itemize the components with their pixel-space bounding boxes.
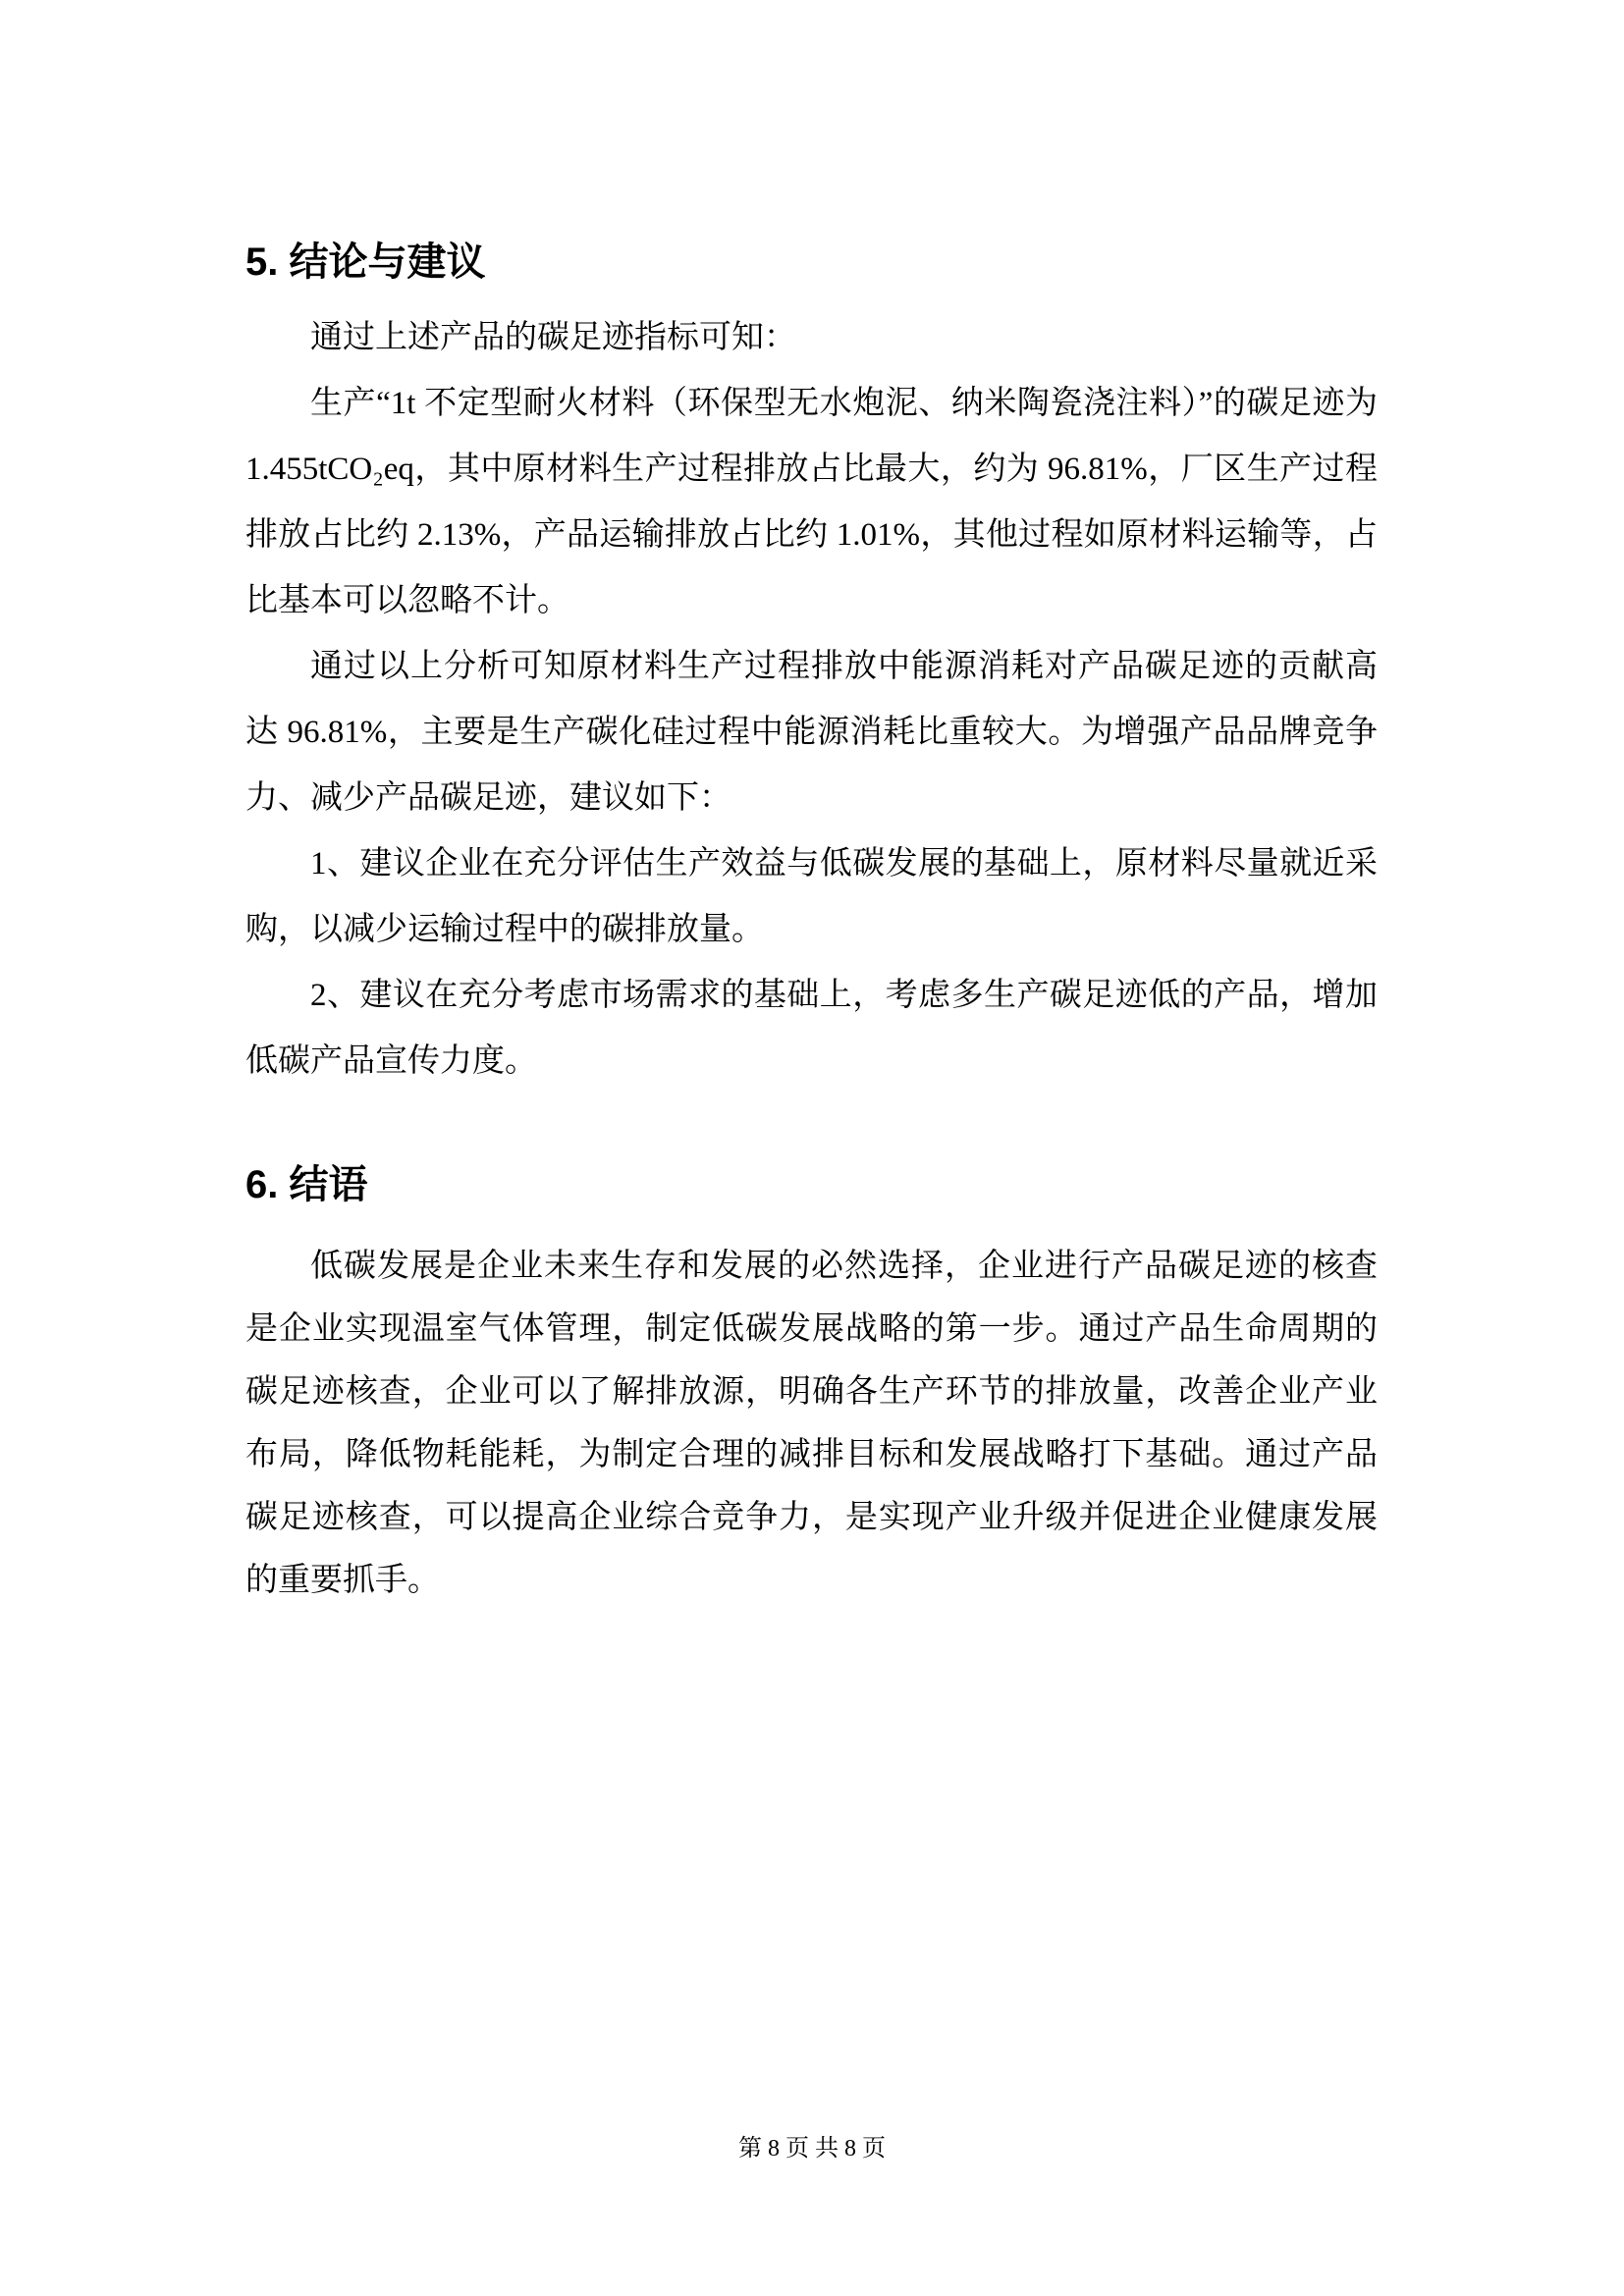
section-closing-body: 低碳发展是企业未来生存和发展的必然选择，企业进行产品碳足迹的核查是企业实现温室气… [245, 1235, 1378, 1612]
paragraph-intro: 通过上述产品的碳足迹指标可知： [245, 305, 1378, 371]
section-heading-closing: 6. 结语 [245, 1161, 367, 1208]
page-number-indicator: 第 8 页 共 8 页 [738, 2136, 886, 2162]
section-conclusions-body: 通过上述产品的碳足迹指标可知： 生产“1t 不定型耐火材料（环保型无水炮泥、纳米… [245, 305, 1378, 1095]
paragraph-suggestion-1: 1、建议企业在充分评估生产效益与低碳发展的基础上，原材料尽量就近采购，以减少运输… [245, 831, 1378, 963]
paragraph-footprint-result: 生产“1t 不定型耐火材料（环保型无水炮泥、纳米陶瓷浇注料）”的碳足迹为 1.4… [245, 371, 1378, 634]
paragraph-suggestion-2: 2、建议在充分考虑市场需求的基础上，考虑多生产碳足迹低的产品，增加低碳产品宣传力… [245, 963, 1378, 1095]
document-page: 5. 结论与建议 通过上述产品的碳足迹指标可知： 生产“1t 不定型耐火材料（环… [0, 0, 1624, 2296]
page-footer: 第 8 页 共 8 页 [0, 2134, 1624, 2163]
paragraph-closing: 低碳发展是企业未来生存和发展的必然选择，企业进行产品碳足迹的核查是企业实现温室气… [245, 1235, 1378, 1612]
paragraph-analysis: 通过以上分析可知原材料生产过程排放中能源消耗对产品碳足迹的贡献高达 96.81%… [245, 634, 1378, 831]
section-heading-conclusions: 5. 结论与建议 [245, 239, 485, 286]
